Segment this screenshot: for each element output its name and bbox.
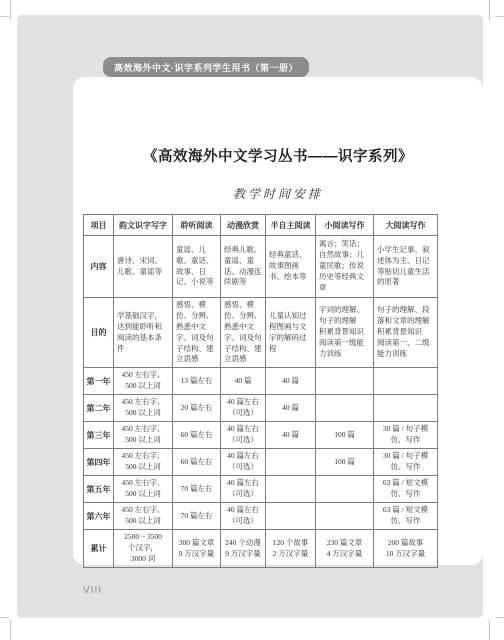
- table-cell: 63 篇 / 短文模仿、写作: [374, 476, 438, 503]
- table-cell: 40 篇: [266, 395, 316, 422]
- table-cell: 450 左右字、 500 以上词: [114, 395, 173, 422]
- row-label: 内容: [84, 236, 114, 298]
- table-cell: [316, 503, 374, 530]
- table-row: 内容 唐诗、宋词、儿歌、童谣等 童谣、儿歌、童话、故事、日记、小说等 经典儿歌、…: [84, 236, 438, 298]
- page-number: VIII: [83, 585, 102, 596]
- crop-mark-icon: [0, 16, 9, 17]
- table-cell: [316, 476, 374, 503]
- table-cell: 120 个故事 2 万汉字量: [266, 530, 316, 568]
- table-cell: 字词的理解、句子的理解 积累背景知识 阅读第一级能力训练: [316, 298, 374, 368]
- table-row: 第一年 450 左右字、 500 以上词 13 篇左右 40 篇 40 篇: [84, 368, 438, 395]
- table-cell: 小学生记事、叙述体为主、日记等贴切儿童生活的原著: [374, 236, 438, 298]
- table-cell: 寓言；笑话；自然故事；儿童民歌；传说历史等经典文章: [316, 236, 374, 298]
- table-cell: 300 篇文章 9 万汉字量: [173, 530, 221, 568]
- table-cell: 240 个动漫 9 万汉字量: [221, 530, 266, 568]
- table-cell: 70 篇左右: [173, 503, 221, 530]
- row-label: 累计: [84, 530, 114, 568]
- table-cell: 30 篇 / 句子模仿、写作: [374, 449, 438, 476]
- table-cell: [266, 503, 316, 530]
- table-cell: 40 篇左右 （可选）: [221, 476, 266, 503]
- table-cell: [266, 476, 316, 503]
- table-cell: 200 篇故事 10 万汉字量: [374, 530, 438, 568]
- table-row: 第六年 450 左右字、 500 以上词 70 篇左右 40 篇左右 （可选） …: [84, 503, 438, 530]
- table-cell: 20 篇左右: [173, 395, 221, 422]
- table-row: 第二年 450 左右字、 500 以上词 20 篇左右 40 篇左右 （可选） …: [84, 395, 438, 422]
- crop-mark-icon: [0, 617, 9, 618]
- column-header: 动漫欣赏: [221, 215, 266, 236]
- table-cell: 感悟、模仿、分辨、熟悉中文字、词及句子结构、建立语感: [173, 298, 221, 368]
- table-cell: 450 左右字、 500 以上词: [114, 368, 173, 395]
- table-cell: 童谣、儿歌、童话、故事、日记、小说等: [173, 236, 221, 298]
- table-cell: 450 左右字、 500 以上词: [114, 503, 173, 530]
- crop-mark-icon: [495, 16, 504, 17]
- content-panel: 《高效海外中文学习丛书——识字系列》 教学时间安排 项目 韵文识字写字 聆听阅读…: [73, 77, 483, 565]
- column-header: 韵文识字写字: [114, 215, 173, 236]
- table-row: 目的 学基础汉字，达到能聆听和阅读的基本条件 感悟、模仿、分辨、熟悉中文字、词及…: [84, 298, 438, 368]
- table-cell: 学基础汉字，达到能聆听和阅读的基本条件: [114, 298, 173, 368]
- crop-mark-icon: [495, 617, 504, 618]
- book-series-title: 高效海外中文·识字系列学生用书（第一册）: [114, 61, 298, 74]
- crop-mark-icon: [10, 620, 11, 640]
- row-label: 第一年: [84, 368, 114, 395]
- table-cell: 60 篇左右: [173, 422, 221, 449]
- page-title: 《高效海外中文学习丛书——识字系列》: [73, 145, 483, 166]
- column-header: 大阅读写作: [374, 215, 438, 236]
- table-cell: 经典儿歌、童谣、童话、动漫连续剧等: [221, 236, 266, 298]
- scanned-page-background: 高效海外中文·识字系列学生用书（第一册） 《高效海外中文学习丛书——识字系列》 …: [17, 15, 483, 618]
- table-cell: [374, 395, 438, 422]
- table-cell: 经典童话、故事图画书、绘本等: [266, 236, 316, 298]
- row-label: 目的: [84, 298, 114, 368]
- table-row: 第三年 450 左右字、 500 以上词 60 篇左右 40 篇左右 （可选） …: [84, 422, 438, 449]
- row-label: 第四年: [84, 449, 114, 476]
- page-canvas: 高效海外中文·识字系列学生用书（第一册） 《高效海外中文学习丛书——识字系列》 …: [0, 0, 504, 640]
- row-label: 第二年: [84, 395, 114, 422]
- crop-mark-icon: [10, 0, 11, 20]
- table-cell: 100 篇: [316, 422, 374, 449]
- row-label: 第六年: [84, 503, 114, 530]
- table-cell: 40 篇左右 （可选）: [221, 503, 266, 530]
- table-cell: 100 篇: [316, 449, 374, 476]
- table-cell: 60 篇左右: [173, 449, 221, 476]
- page-subtitle: 教学时间安排: [73, 185, 483, 202]
- table-cell: 450 左右字、 500 以上词: [114, 422, 173, 449]
- column-header: 小阅读写作: [316, 215, 374, 236]
- table-cell: [266, 449, 316, 476]
- table-row: 累计 2500 ~ 3500 个汉字， 3000 词 300 篇文章 9 万汉字…: [84, 530, 438, 568]
- table-cell: 13 篇左右: [173, 368, 221, 395]
- table-cell: 230 篇文章 4 万汉字量: [316, 530, 374, 568]
- table-row: 第四年 450 左右字、 500 以上词 60 篇左右 40 篇左右 （可选） …: [84, 449, 438, 476]
- column-header: 半自主阅读: [266, 215, 316, 236]
- table-cell: 句子的理解、段落和文章的理解 积累背景知识 阅读第一、二级能力训练: [374, 298, 438, 368]
- table-cell: 40 篇: [266, 368, 316, 395]
- table-cell: 30 篇 / 句子模仿、写作: [374, 422, 438, 449]
- table-cell: [316, 395, 374, 422]
- table-cell: 40 篇左右 （可选）: [221, 395, 266, 422]
- row-label: 第三年: [84, 422, 114, 449]
- crop-mark-icon: [489, 620, 490, 640]
- column-header: 聆听阅读: [173, 215, 221, 236]
- table-cell: 70 篇左右: [173, 476, 221, 503]
- teaching-schedule-table: 项目 韵文识字写字 聆听阅读 动漫欣赏 半自主阅读 小阅读写作 大阅读写作 内容…: [83, 214, 438, 568]
- table-cell: 63 篇 / 短文模仿、写作: [374, 503, 438, 530]
- table-cell: 450 左右字、 500 以上词: [114, 476, 173, 503]
- table-cell: 40 篇左右 （可选）: [221, 422, 266, 449]
- table-cell: 450 左右字、 500 以上词: [114, 449, 173, 476]
- table-cell: 感悟、模仿、分辨、熟悉中文字、词及句子结构、建立语感: [221, 298, 266, 368]
- column-header: 项目: [84, 215, 114, 236]
- table-cell: 40 篇: [221, 368, 266, 395]
- table-cell: 儿童认知过程图画与文字的解码过程: [266, 298, 316, 368]
- row-label: 第五年: [84, 476, 114, 503]
- book-series-header-tab: 高效海外中文·识字系列学生用书（第一册）: [103, 57, 309, 77]
- table-cell: [374, 368, 438, 395]
- table-cell: 唐诗、宋词、儿歌、童谣等: [114, 236, 173, 298]
- table-cell: [316, 368, 374, 395]
- table-row: 第五年 450 左右字、 500 以上词 70 篇左右 40 篇左右 （可选） …: [84, 476, 438, 503]
- table-cell: 40 篇左右 （可选）: [221, 449, 266, 476]
- table-cell: 2500 ~ 3500 个汉字， 3000 词: [114, 530, 173, 568]
- table-header-row: 项目 韵文识字写字 聆听阅读 动漫欣赏 半自主阅读 小阅读写作 大阅读写作: [84, 215, 438, 236]
- table-cell: 40 篇: [266, 422, 316, 449]
- crop-mark-icon: [489, 0, 490, 20]
